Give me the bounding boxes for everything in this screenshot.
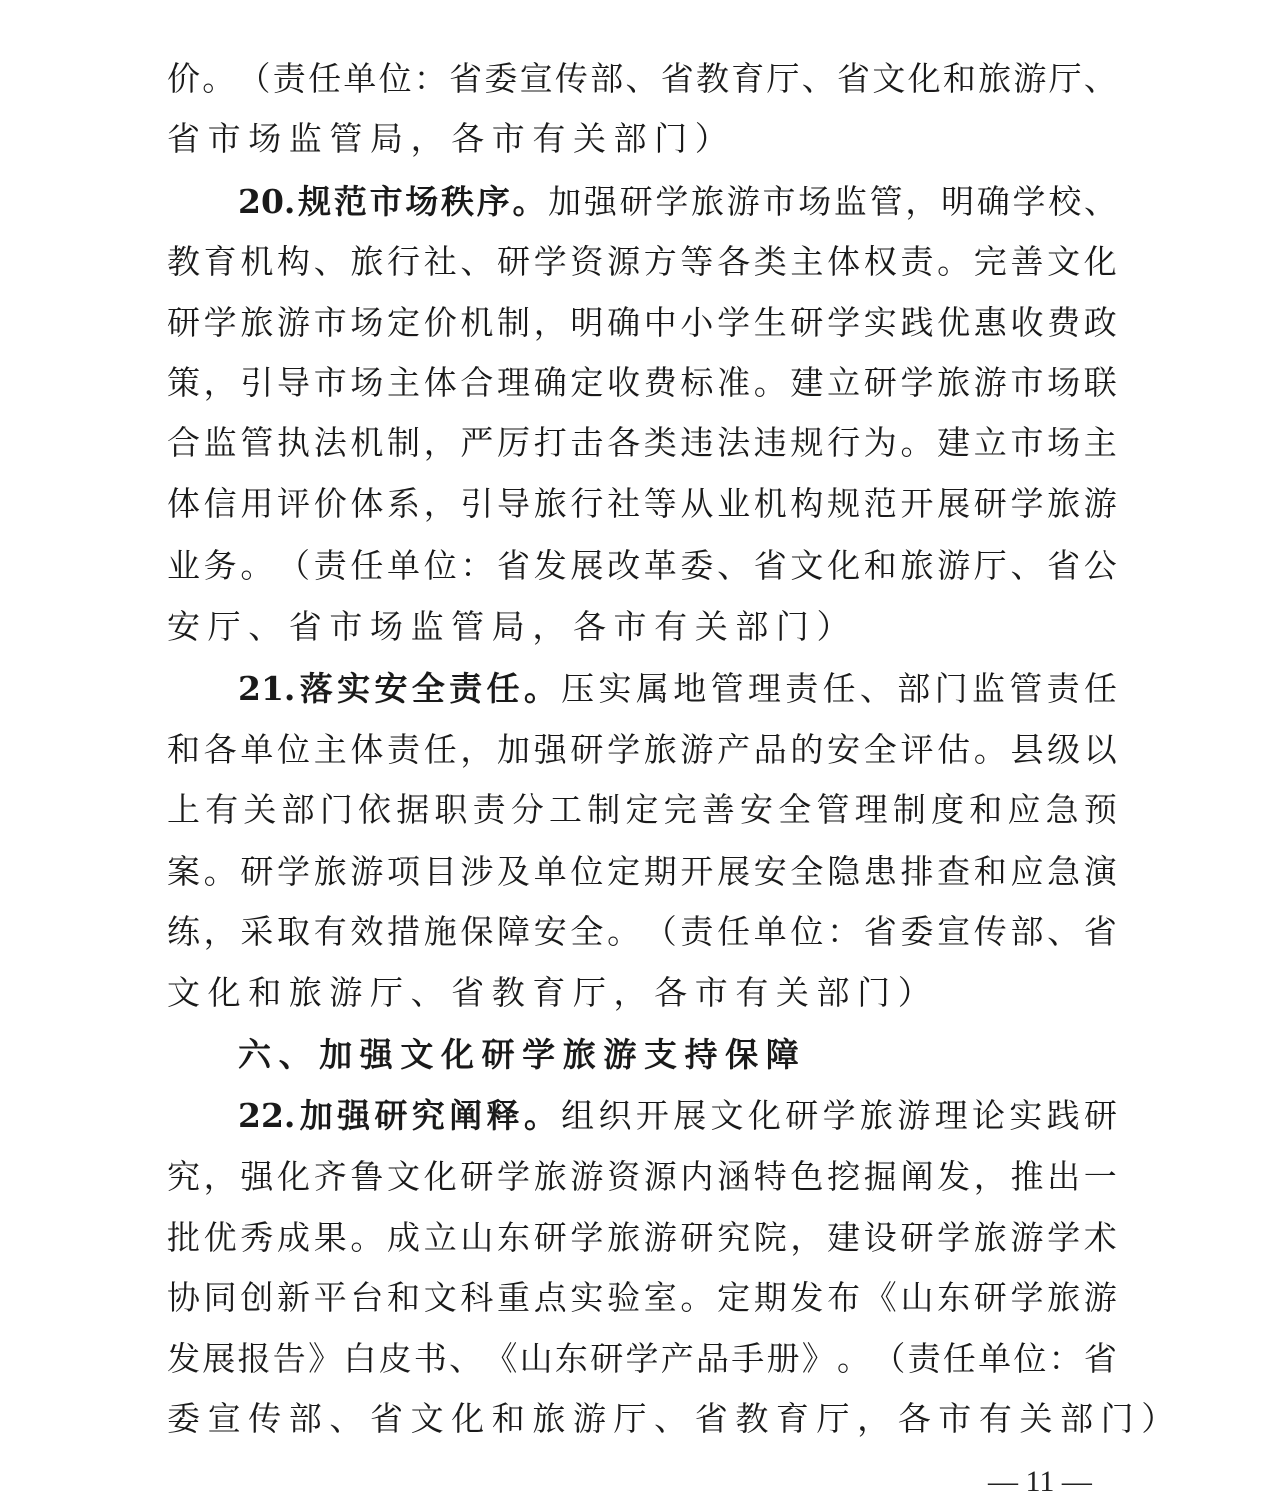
text-line: 20.规范市场秩序。加强研学旅游市场监管，明确学校、 — [238, 180, 1117, 224]
section-heading: 六、加强文化研学旅游支持保障 — [238, 1033, 1117, 1077]
text-line: 省市场监管局，各市有关部门） — [167, 117, 1117, 161]
page-number: — 11 — — [975, 1462, 1105, 1498]
text-line: 文化和旅游厅、省教育厅，各市有关部门） — [167, 971, 1117, 1015]
text-line: 和各单位主体责任，加强研学旅游产品的安全评估。县级以 — [167, 728, 1117, 772]
text-line: 发展报告》白皮书、《山东研学产品手册》。（责任单位：省 — [167, 1337, 1117, 1381]
text-line: 研学旅游市场定价机制，明确中小学生研学实践优惠收费政 — [167, 301, 1117, 345]
text-line: 练，采取有效措施保障安全。（责任单位：省委宣传部、省 — [167, 910, 1117, 954]
text-line: 批优秀成果。成立山东研学旅游研究院，建设研学旅游学术 — [167, 1216, 1117, 1260]
text-line: 协同创新平台和文科重点实验室。定期发布《山东研学旅游 — [167, 1276, 1117, 1320]
text-line: 案。研学旅游项目涉及单位定期开展安全隐患排查和应急演 — [167, 850, 1117, 894]
text-line: 策，引导市场主体合理确定收费标准。建立研学旅游市场联 — [167, 361, 1117, 405]
text-line: 体信用评价体系，引导旅行社等从业机构规范开展研学旅游 — [167, 482, 1117, 526]
text-line: 上有关部门依据职责分工制定完善安全管理制度和应急预 — [167, 788, 1117, 832]
document-page: 价。（责任单位：省委宣传部、省教育厅、省文化和旅游厅、省市场监管局，各市有关部门… — [0, 0, 1280, 1498]
text-line: 究，强化齐鲁文化研学旅游资源内涵特色挖掘阐发，推出一 — [167, 1155, 1117, 1199]
text-line: 合监管执法机制，严厉打击各类违法违规行为。建立市场主 — [167, 421, 1117, 465]
item-number: 22. — [238, 1094, 295, 1138]
text-line: 21.落实安全责任。压实属地管理责任、部门监管责任 — [238, 667, 1117, 711]
text-line: 业务。（责任单位：省发展改革委、省文化和旅游厅、省公 — [167, 544, 1117, 588]
item-number: 20. — [238, 180, 295, 224]
text-line: 22.加强研究阐释。组织开展文化研学旅游理论实践研 — [238, 1094, 1117, 1138]
text-line: 安厅、省市场监管局，各市有关部门） — [167, 605, 1117, 649]
text-line: 价。（责任单位：省委宣传部、省教育厅、省文化和旅游厅、 — [167, 57, 1117, 101]
text-line: 委宣传部、省文化和旅游厅、省教育厅，各市有关部门） — [167, 1397, 1117, 1441]
item-number: 21. — [238, 667, 295, 711]
text-line: 教育机构、旅行社、研学资源方等各类主体权责。完善文化 — [167, 240, 1117, 284]
